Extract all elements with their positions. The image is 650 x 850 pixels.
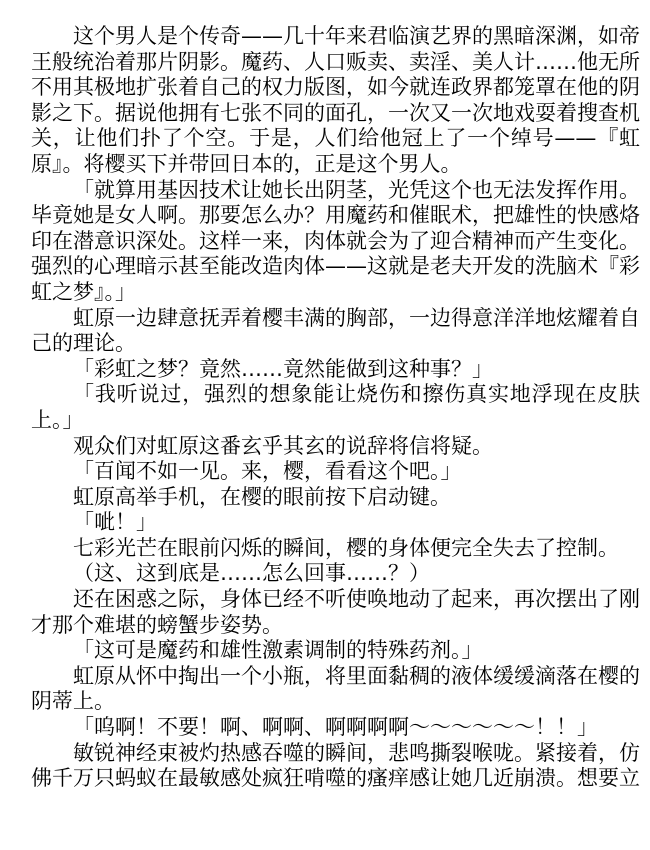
text-line: （这、这到底是……怎么回事……？） [31,561,640,587]
text-line: 影之下。据说他拥有七张不同的面孔，一次又一次地戏耍着搜查机 [31,101,640,127]
paragraph: 「这可是魔药和雄性激素调制的特殊药剂。」 [31,638,640,664]
text-line: 才那个难堪的螃蟹步姿势。 [31,613,640,639]
paragraph: 观众们对虹原这番玄乎其玄的说辞将信将疑。 [31,434,640,460]
text-line: 印在潜意识深处。这样一来，肉体就会为了迎合精神而产生变化。 [31,229,640,255]
text-line: 这个男人是个传奇——几十年来君临演艺界的黑暗深渊，如帝 [31,24,640,50]
text-line: 虹原从怀中掏出一个小瓶，将里面黏稠的液体缓缓滴落在樱的 [31,664,640,690]
paragraph: 「就算用基因技术让她长出阴茎，光凭这个也无法发挥作用。毕竟她是女人啊。那要怎么办… [31,178,640,306]
paragraph: 虹原一边肆意抚弄着樱丰满的胸部，一边得意洋洋地炫耀着自己的理论。 [31,306,640,357]
paragraph: 敏锐神经束被灼热感吞噬的瞬间，悲鸣撕裂喉咙。紧接着，仿佛千万只蚂蚁在最敏感处疯狂… [31,741,640,792]
text-line: 不用其极地扩张着自己的权力版图，如今就连政界都笼罩在他的阴 [31,75,640,101]
text-line: 关，让他们扑了个空。于是，人们给他冠上了一个绰号——『虹 [31,126,640,152]
paragraph: 还在困惑之际，身体已经不听使唤地动了起来，再次摆出了刚才那个难堪的螃蟹步姿势。 [31,587,640,638]
paragraph: 「呜啊！不要！啊、啊啊、啊啊啊啊～～～～～～！！」 [31,715,640,741]
text-line: 还在困惑之际，身体已经不听使唤地动了起来，再次摆出了刚 [31,587,640,613]
text-line: 虹之梦』。」 [31,280,640,306]
text-line: 「就算用基因技术让她长出阴茎，光凭这个也无法发挥作用。 [31,178,640,204]
text-line: 「百闻不如一见。来，樱，看看这个吧。」 [31,459,640,485]
paragraph: 虹原从怀中掏出一个小瓶，将里面黏稠的液体缓缓滴落在樱的阴蒂上。 [31,664,640,715]
novel-page: 这个男人是个传奇——几十年来君临演艺界的黑暗深渊，如帝王般统治着那片阴影。魔药、… [0,0,650,850]
text-line: 原』。将樱买下并带回日本的，正是这个男人。 [31,152,640,178]
text-block: 这个男人是个传奇——几十年来君临演艺界的黑暗深渊，如帝王般统治着那片阴影。魔药、… [31,24,640,792]
text-line: 「这可是魔药和雄性激素调制的特殊药剂。」 [31,638,640,664]
text-line: 佛千万只蚂蚁在最敏感处疯狂啃噬的瘙痒感让她几近崩溃。想要立 [31,766,640,792]
text-line: 「呜啊！不要！啊、啊啊、啊啊啊啊～～～～～～！！」 [31,715,640,741]
paragraph: 「呲！」 [31,510,640,536]
paragraph: 这个男人是个传奇——几十年来君临演艺界的黑暗深渊，如帝王般统治着那片阴影。魔药、… [31,24,640,178]
paragraph: 「彩虹之梦？竟然……竟然能做到这种事？」 [31,357,640,383]
paragraph: 七彩光芒在眼前闪烁的瞬间，樱的身体便完全失去了控制。 [31,536,640,562]
paragraph: （这、这到底是……怎么回事……？） [31,561,640,587]
text-line: 「呲！」 [31,510,640,536]
paragraph: 「百闻不如一见。来，樱，看看这个吧。」 [31,459,640,485]
text-line: 上。」 [31,408,640,434]
text-line: 王般统治着那片阴影。魔药、人口贩卖、卖淫、美人计……他无所 [31,50,640,76]
text-line: 虹原高举手机，在樱的眼前按下启动键。 [31,485,640,511]
text-line: 强烈的心理暗示甚至能改造肉体——这就是老夫开发的洗脑术『彩 [31,254,640,280]
text-line: 阴蒂上。 [31,689,640,715]
text-line: 己的理论。 [31,331,640,357]
paragraph: 虹原高举手机，在樱的眼前按下启动键。 [31,485,640,511]
text-line: 「我听说过，强烈的想象能让烧伤和擦伤真实地浮现在皮肤 [31,382,640,408]
paragraph: 「我听说过，强烈的想象能让烧伤和擦伤真实地浮现在皮肤上。」 [31,382,640,433]
text-line: 敏锐神经束被灼热感吞噬的瞬间，悲鸣撕裂喉咙。紧接着，仿 [31,741,640,767]
text-line: 「彩虹之梦？竟然……竟然能做到这种事？」 [31,357,640,383]
text-line: 七彩光芒在眼前闪烁的瞬间，樱的身体便完全失去了控制。 [31,536,640,562]
text-line: 虹原一边肆意抚弄着樱丰满的胸部，一边得意洋洋地炫耀着自 [31,306,640,332]
text-line: 毕竟她是女人啊。那要怎么办？用魔药和催眠术，把雄性的快感烙 [31,203,640,229]
text-line: 观众们对虹原这番玄乎其玄的说辞将信将疑。 [31,434,640,460]
